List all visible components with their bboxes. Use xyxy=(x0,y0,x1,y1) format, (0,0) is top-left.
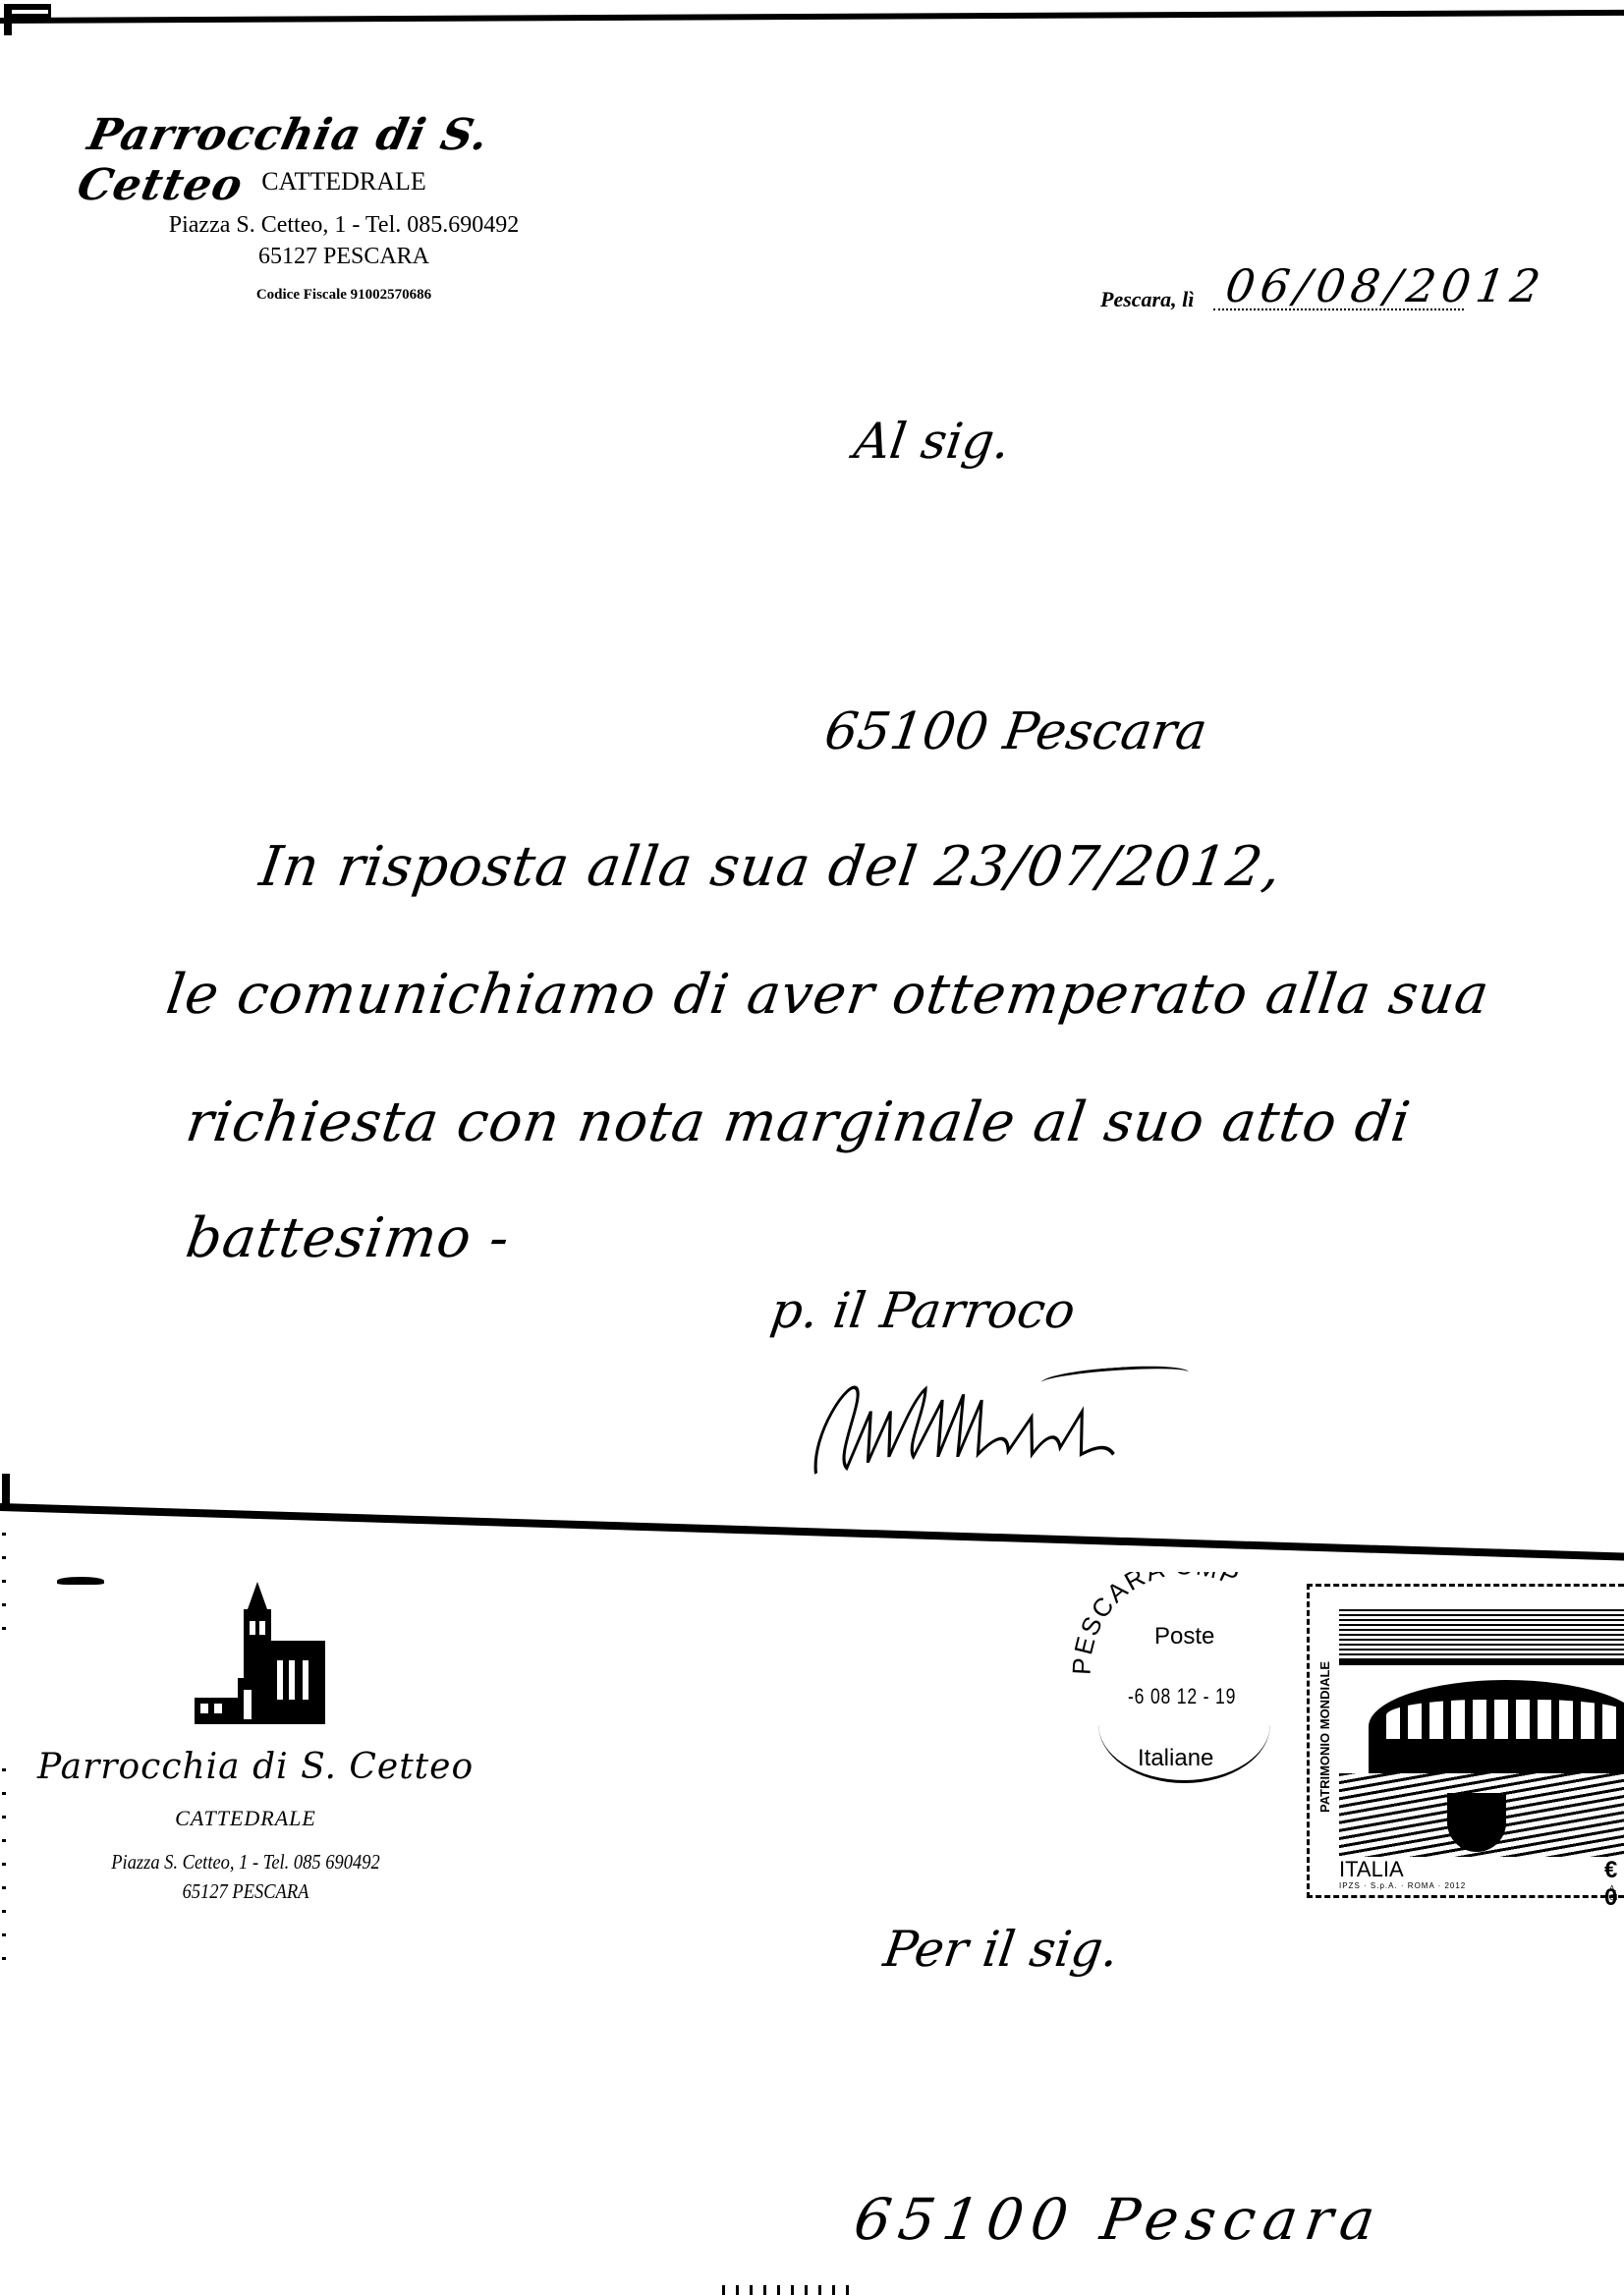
addressee-city: 65100 Pescara xyxy=(850,2186,1386,2253)
top-scan-border xyxy=(0,10,1624,24)
scanned-document: Parrocchia di S. Cetteo CATTEDRALE Piazz… xyxy=(0,0,1624,2295)
margin-specks xyxy=(2,1768,6,1965)
sender-city: 65127 PESCARA xyxy=(64,1879,427,1904)
stamp-artist: A. GI xyxy=(1609,1884,1624,1902)
stamp-rialto-bridge-image xyxy=(1339,1606,1624,1857)
church-logo-icon xyxy=(187,1582,334,1729)
scan-smudge xyxy=(57,1577,104,1585)
body-line: battesimo - xyxy=(182,1206,514,1270)
signature xyxy=(788,1367,1177,1507)
letterhead-fiscal-code: Codice Fiscale 91002570686 xyxy=(128,287,560,304)
stamp-country: ITALIA xyxy=(1339,1857,1404,1882)
date-label: Pescara, lì xyxy=(1100,287,1194,312)
bridge-arches xyxy=(1386,1700,1624,1739)
closing: p. il Parroco xyxy=(767,1282,1079,1339)
body-line: richiesta con nota marginale al suo atto… xyxy=(182,1091,1415,1154)
gondola-icon xyxy=(1447,1793,1506,1852)
letterhead-city: 65127 PESCARA xyxy=(128,244,560,270)
postmark-italiane: Italiane xyxy=(1138,1745,1213,1772)
body-line: le comunichiamo di aver ottemperato alla… xyxy=(162,963,1493,1027)
letterhead-subtitle: CATTEDRALE xyxy=(128,167,560,196)
letter-envelope-divider xyxy=(0,1503,1624,1562)
sender-subtitle: CATTEDRALE xyxy=(39,1806,452,1831)
body-line: In risposta alla sua del 23/07/2012, xyxy=(255,835,1285,899)
date-value: 06/08/2012 xyxy=(1222,259,1549,312)
postmark-poste: Poste xyxy=(1154,1623,1214,1651)
date-line: Pescara, lì 06/08/2012 xyxy=(1100,265,1611,324)
salutation: Al sig. xyxy=(851,413,1014,470)
stamp-side-text: PATRIMONIO MONDIALE xyxy=(1317,1661,1332,1813)
addressee-salutation: Per il sig. xyxy=(880,1921,1122,1978)
sender-address: Piazza S. Cetteo, 1 - Tel. 085 690492 xyxy=(64,1850,427,1875)
recipient-city: 65100 Pescara xyxy=(821,702,1210,761)
margin-specks xyxy=(2,1533,6,1651)
sender-parish-name: Parrocchia di S. Cetteo xyxy=(37,1747,499,1787)
postmark: PESCARA CMP Poste -6 08 12 - 19 Italiane xyxy=(1071,1572,1297,1788)
scan-bottom-marks xyxy=(722,2285,860,2295)
stamp-printer: IPZS · S.p.A. · ROMA · 2012 xyxy=(1339,1881,1466,1890)
signature-icon xyxy=(792,1367,1177,1491)
postage-stamp: PATRIMONIO MONDIALE ITALIA IPZS · S.p.A.… xyxy=(1307,1584,1624,1898)
mid-edge-tick xyxy=(2,1474,10,1505)
letterhead-address: Piazza S. Cetteo, 1 - Tel. 085.690492 xyxy=(128,212,560,239)
